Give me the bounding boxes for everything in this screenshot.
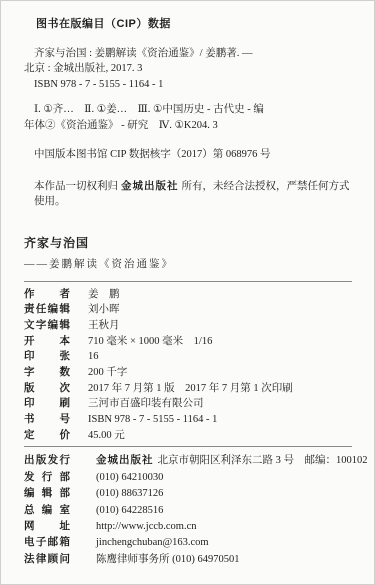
row-label: 责任编辑 [24, 302, 70, 318]
table-row-editorial-dept: 编辑部 (010) 88637126 [24, 486, 352, 502]
publisher-brand-name: 金城出版社 [96, 454, 154, 466]
publisher-table: 出版发行 金城出版社北京市朝阳区利泽东二路 3 号 邮编：100102 发行部 … [24, 453, 352, 568]
table-row-publisher: 出版发行 金城出版社北京市朝阳区利泽东二路 3 号 邮编：100102 [24, 453, 352, 469]
cip-class-line2: 年体②《资治通鉴》 - 研究 Ⅳ. ①K204. 3 [24, 118, 352, 134]
table-row-format: 开本 710 毫米 × 1000 毫米 1/16 [24, 334, 352, 350]
table-row-email: 电子邮箱 jinchengchuban@163.com [24, 535, 352, 551]
row-label: 电子邮箱 [24, 535, 70, 551]
row-value: 陈鹰律师事务所 (010) 64970501 [96, 552, 240, 568]
row-value: 2017 年 7 月第 1 版 2017 年 7 月第 1 次印刷 [88, 381, 293, 397]
table-row-legal-advisor: 法律顾问 陈鹰律师事务所 (010) 64970501 [24, 552, 352, 568]
row-label: 法律顾问 [24, 552, 70, 568]
divider-bottom [24, 446, 352, 447]
divider-top [24, 281, 352, 282]
rights-notice: 本作品一切权利归金城出版社所有，未经合法授权，严禁任何方式使用。 [24, 179, 352, 210]
table-row-printer: 印刷 三河市百盛印装有限公司 [24, 396, 352, 412]
row-label: 印刷 [24, 396, 70, 412]
row-label: 出版发行 [24, 453, 70, 469]
row-label: 定价 [24, 428, 70, 444]
row-value: 16 [88, 349, 99, 365]
table-row-word-count: 字数 200 千字 [24, 365, 352, 381]
row-value: 金城出版社北京市朝阳区利泽东二路 3 号 邮编：100102 [96, 453, 368, 469]
row-value: 45.00 元 [88, 428, 125, 444]
publisher-address: 北京市朝阳区利泽东二路 3 号 邮编：100102 [158, 455, 368, 466]
row-value: (010) 64210030 [96, 470, 163, 486]
row-value: 200 千字 [88, 365, 127, 381]
row-value: (010) 88637126 [96, 486, 163, 502]
publisher-brand-name: 金城出版社 [121, 180, 179, 192]
table-row-edition: 版次 2017 年 7 月第 1 版 2017 年 7 月第 1 次印刷 [24, 381, 352, 397]
cip-record-line1: 齐家与治国 : 姜鹏解读《资治通鉴》/ 姜鹏著. — [24, 46, 352, 62]
table-row-website: 网址 http://www.jccb.com.cn [24, 519, 352, 535]
book-title: 齐家与治国 [24, 236, 352, 252]
cip-registry-line: 中国版本图书馆 CIP 数据核字（2017）第 068976 号 [24, 147, 352, 163]
row-value: (010) 64228516 [96, 503, 163, 519]
row-label: 总编室 [24, 503, 70, 519]
row-value: 710 毫米 × 1000 毫米 1/16 [88, 334, 212, 350]
row-label: 版次 [24, 381, 70, 397]
row-label: 发行部 [24, 470, 70, 486]
row-label: 书号 [24, 412, 70, 428]
row-value: 姜 鹏 [88, 287, 120, 303]
row-label: 作者 [24, 287, 70, 303]
row-label: 文字编辑 [24, 318, 70, 334]
metadata-table: 作者 姜 鹏 责任编辑 刘小晖 文字编辑 王秋月 开本 710 毫米 × 100… [24, 287, 352, 444]
table-row-distribution-dept: 发行部 (010) 64210030 [24, 470, 352, 486]
table-row-isbn: 书号 ISBN 978 - 7 - 5155 - 1164 - 1 [24, 412, 352, 428]
table-row-chief-editor-office: 总编室 (010) 64228516 [24, 503, 352, 519]
row-label: 开本 [24, 334, 70, 350]
cip-header: 图书在版编目（CIP）数据 [24, 17, 352, 33]
cip-class-line1: Ⅰ. ①齐… Ⅱ. ①姜… Ⅲ. ①中国历史 - 古代史 - 编 [24, 102, 352, 118]
row-value: http://www.jccb.com.cn [96, 519, 197, 535]
table-row-price: 定价 45.00 元 [24, 428, 352, 444]
row-value: 刘小晖 [88, 302, 120, 318]
row-label: 编辑部 [24, 486, 70, 502]
copyright-page: 图书在版编目（CIP）数据 齐家与治国 : 姜鹏解读《资治通鉴》/ 姜鹏著. —… [0, 0, 375, 568]
cip-record-block: 齐家与治国 : 姜鹏解读《资治通鉴》/ 姜鹏著. — 北京 : 金城出版社, 2… [24, 46, 352, 93]
book-subtitle: ——姜鹏解读《资治通鉴》 [24, 257, 352, 273]
cip-isbn-line: ISBN 978 - 7 - 5155 - 1164 - 1 [24, 77, 352, 93]
table-row-text-editor: 文字编辑 王秋月 [24, 318, 352, 334]
table-row-responsible-editor: 责任编辑 刘小晖 [24, 302, 352, 318]
row-label: 字数 [24, 365, 70, 381]
row-value: 王秋月 [88, 318, 120, 334]
rights-prefix: 本作品一切权利归 [34, 181, 118, 192]
row-label: 网址 [24, 519, 70, 535]
row-label: 印张 [24, 349, 70, 365]
row-value: 三河市百盛印装有限公司 [88, 396, 204, 412]
table-row-sheets: 印张 16 [24, 349, 352, 365]
row-value: ISBN 978 - 7 - 5155 - 1164 - 1 [88, 412, 217, 428]
row-value: jinchengchuban@163.com [96, 535, 209, 551]
cip-classification-block: Ⅰ. ①齐… Ⅱ. ①姜… Ⅲ. ①中国历史 - 古代史 - 编 年体②《资治通… [24, 102, 352, 133]
cip-record-line2: 北京 : 金城出版社, 2017. 3 [24, 61, 352, 77]
table-row-author: 作者 姜 鹏 [24, 287, 352, 303]
